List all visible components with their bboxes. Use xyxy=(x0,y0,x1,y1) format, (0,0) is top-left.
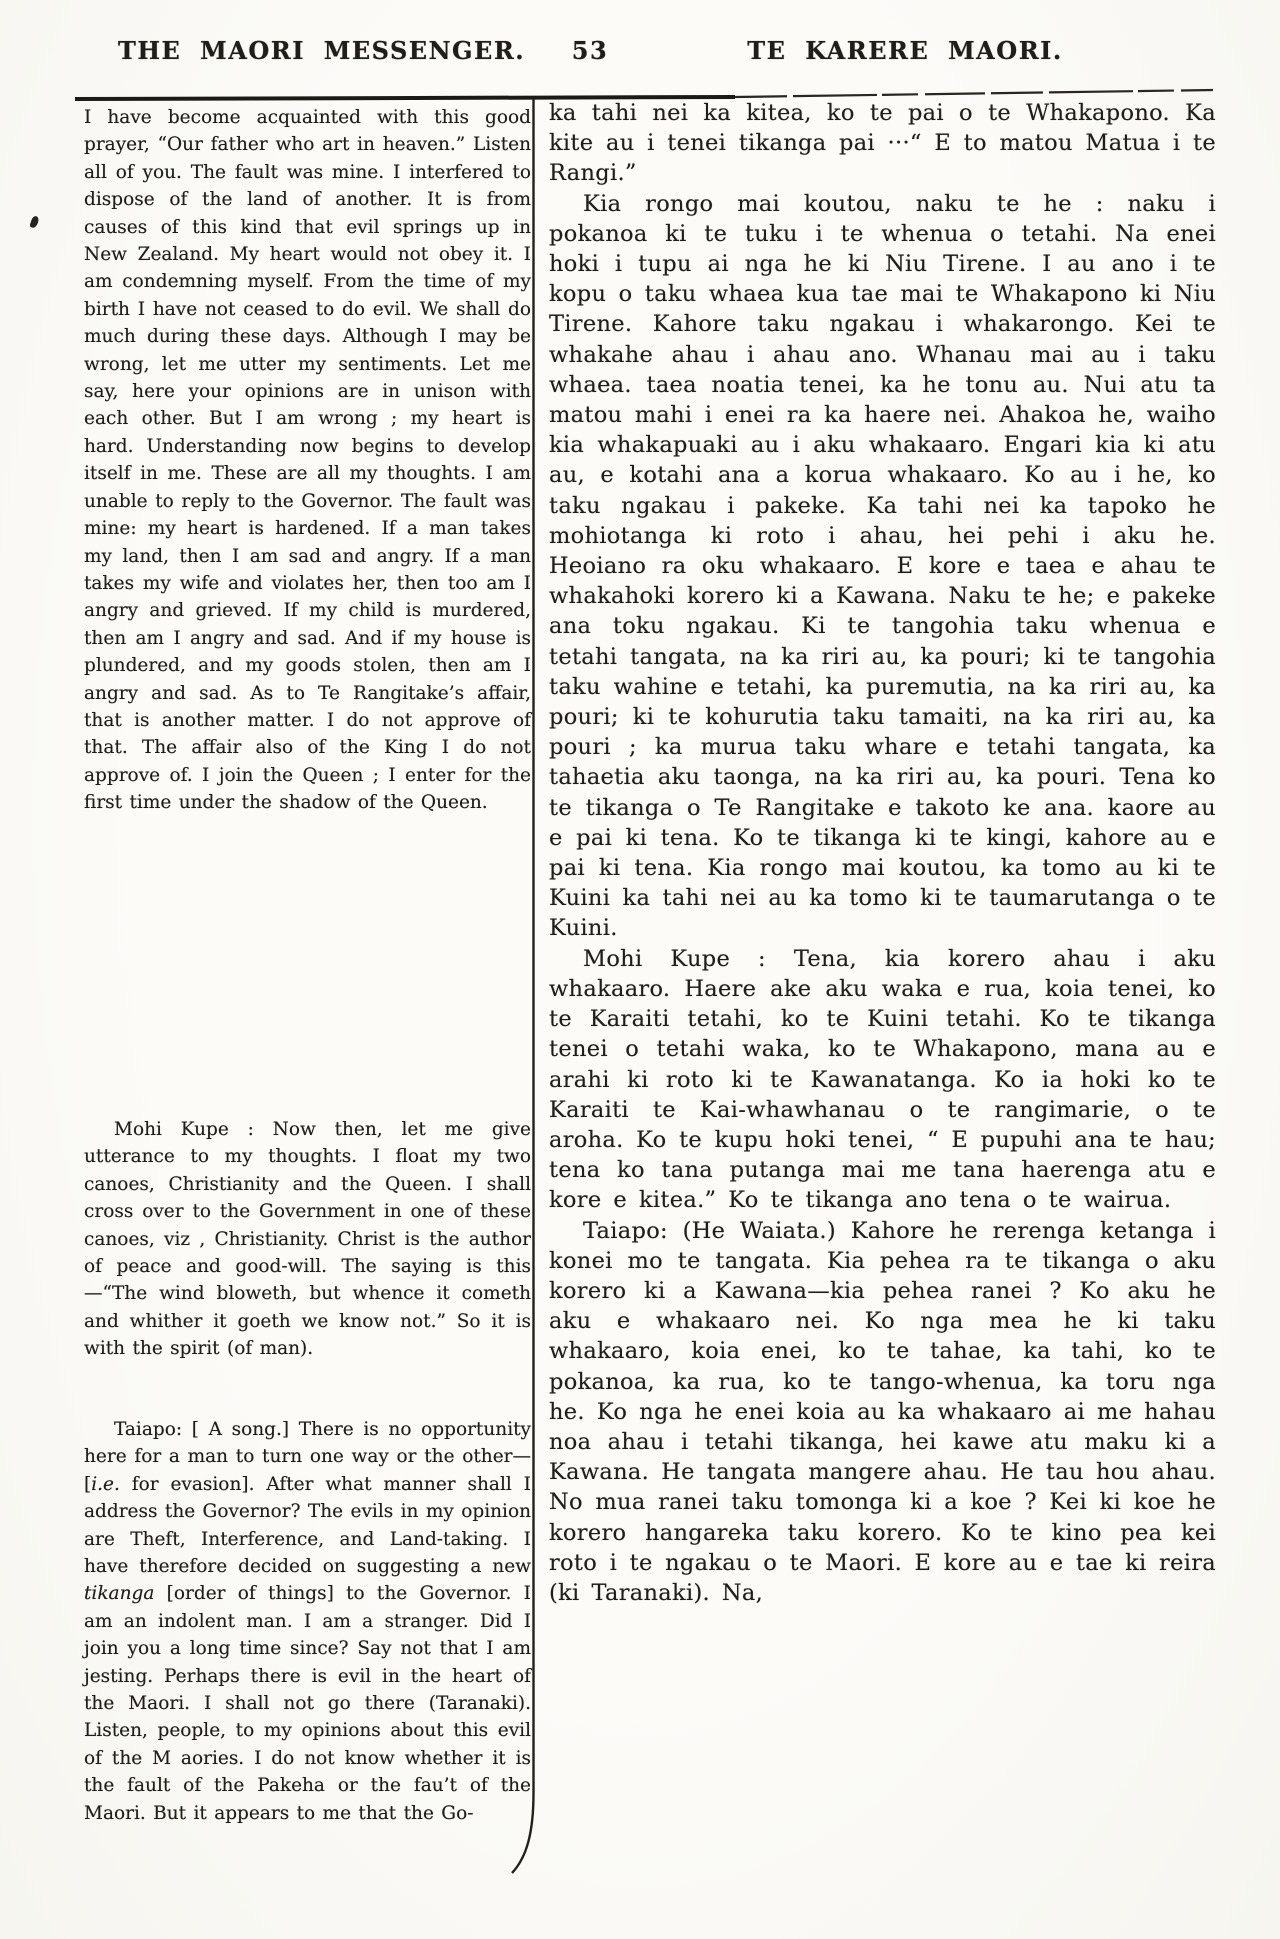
maori-term-italic: tikanga xyxy=(84,1583,154,1604)
masthead-title-english: THE MAORI MESSENGER. xyxy=(118,36,490,65)
maori-column: ka tahi nei ka kitea, ko te pai o te Wha… xyxy=(549,98,1216,1608)
masthead-title-maori: TE KARERE MAORI. xyxy=(728,36,1082,65)
maori-paragraph-4: Taiapo: (He Waiata.) Kahore he rerenga k… xyxy=(549,1216,1216,1609)
maori-paragraph-3: Mohi Kupe : Tena, kia korero ahau i aku … xyxy=(549,944,1216,1216)
english-paragraph-3: Taiapo: [ A song.] There is no opportuni… xyxy=(84,1416,531,1827)
english-paragraph-3-text: [order of things] to the Governor. I am … xyxy=(84,1583,531,1823)
maori-paragraph-1: ka tahi nei ka kitea, ko te pai o te Wha… xyxy=(549,98,1216,189)
newspaper-page: THE MAORI MESSENGER. 53 TE KARERE MAORI.… xyxy=(0,0,1280,1939)
english-column: I have become acquainted with this good … xyxy=(84,104,531,1904)
latin-abbreviation-italic: i.e. xyxy=(91,1474,120,1495)
english-paragraph-1: I have become acquainted with this good … xyxy=(84,104,531,817)
header-rule-right xyxy=(735,90,1213,97)
english-paragraph-2: Mohi Kupe : Now then, let me give uttera… xyxy=(84,1116,531,1363)
ink-speck xyxy=(29,215,39,229)
maori-paragraph-2: Kia rongo mai koutou, naku te he : naku … xyxy=(549,189,1216,944)
english-paragraph-3-text: for evasion]. After what manner shall I … xyxy=(84,1474,531,1577)
page-number: 53 xyxy=(544,36,636,65)
